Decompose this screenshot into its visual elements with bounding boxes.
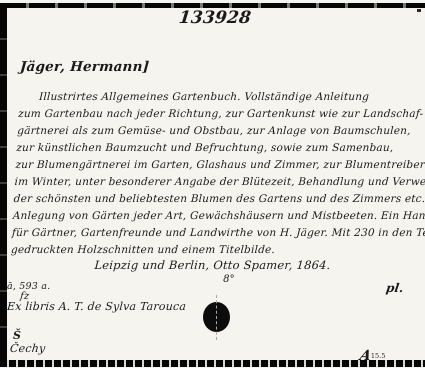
- title-description: Illustrirtes Allgemeines Gartenbuch. Vol…: [11, 89, 425, 259]
- title-line: zur künstlichen Baumzucht und Befruchtun…: [16, 140, 423, 157]
- fold-line: [216, 295, 217, 340]
- exlibris-note: Ex libris A. T. de Sylva Tarouca: [7, 300, 187, 313]
- title-line: im Winter, unter besonderer Angabe der B…: [14, 174, 421, 191]
- title-line: zum Gartenbau nach jeder Richtung, zur G…: [18, 106, 425, 123]
- format-mark: 8°: [214, 274, 244, 285]
- plate-note: pl.: [385, 281, 405, 295]
- catalog-card-scan: 133928 Jäger, Hermann] Illustrirtes Allg…: [0, 0, 425, 390]
- corner-monogram-letter: A: [358, 348, 373, 364]
- scan-speck: [417, 9, 421, 12]
- catalog-number: 133928: [149, 8, 281, 28]
- title-line: der schönsten und beliebtesten Blumen de…: [13, 191, 420, 208]
- title-line: Illustrirtes Allgemeines Gartenbuch. Vol…: [19, 89, 425, 106]
- signature-initial: Š: [13, 329, 21, 342]
- region-note: Čechy: [9, 342, 46, 355]
- title-line: für Gärtner, Gartenfreunde und Landwirth…: [11, 225, 418, 242]
- title-line: Anlegung von Gärten jeder Art, Gewächshä…: [12, 208, 419, 225]
- title-line: gedruckten Holzschnitten und einem Titel…: [11, 242, 418, 259]
- title-line: gärtnerei als zum Gemüse- und Obstbau, z…: [17, 123, 424, 140]
- corner-monogram-number: 15.5: [371, 352, 385, 360]
- corner-monogram: A15.5: [360, 345, 385, 364]
- author-heading: Jäger, Hermann]: [19, 59, 149, 75]
- title-line: zur Blumengärtnerei im Garten, Glashaus …: [15, 157, 422, 174]
- imprint-line: Leipzig und Berlin, Otto Spamer, 1864.: [0, 258, 425, 272]
